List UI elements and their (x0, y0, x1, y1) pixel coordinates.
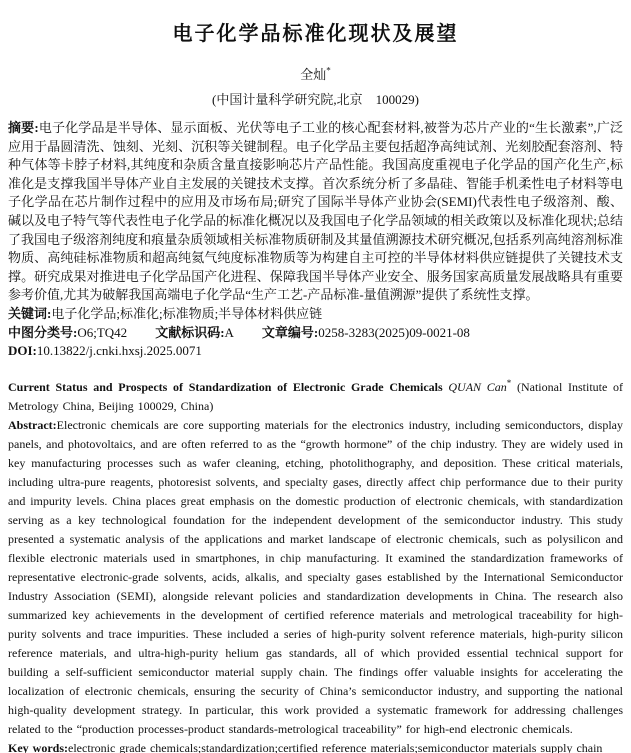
abstract-text-cn: 电子化学品是半导体、显示面板、光伏等电子工业的核心配套材料,被誉为芯片产业的“生… (8, 120, 623, 302)
doi-label: DOI: (8, 343, 37, 358)
affiliation-cn: (中国计量科学研究院,北京 100029) (8, 91, 623, 109)
article-no-label: 文章编号: (262, 325, 318, 340)
keywords-line-cn: 关键词:电子化学品;标准化;标准物质;半导体材料供应链 (8, 305, 623, 324)
author-name-en: QUAN Can (448, 380, 506, 394)
classification-line: 中图分类号:O6;TQ42文献标识码:A文章编号:0258-3283(2025)… (8, 324, 623, 343)
clc-label: 中图分类号: (8, 325, 77, 340)
abstract-label-en: Abstract: (8, 418, 57, 432)
keywords-text-cn: 电子化学品;标准化;标准物质;半导体材料供应链 (51, 306, 322, 321)
paper-page: 电子化学品标准化现状及展望 全灿* (中国计量科学研究院,北京 100029) … (0, 0, 631, 753)
keywords-label-cn: 关键词: (8, 306, 51, 321)
doi-value: 10.13822/j.cnki.hxsj.2025.0071 (37, 343, 202, 358)
abstract-text-en: Electronic chemicals are core supporting… (8, 418, 623, 736)
author-name-cn: 全灿 (300, 67, 326, 82)
abstract-cn: 摘要:电子化学品是半导体、显示面板、光伏等电子工业的核心配套材料,被誉为芯片产业… (8, 119, 623, 305)
paper-title-cn: 电子化学品标准化现状及展望 (8, 20, 623, 48)
author-line-cn: 全灿* (8, 66, 623, 84)
english-section: Current Status and Prospects of Standard… (8, 378, 623, 753)
paper-screenshot: { "header": { "title_cn": "电子化学品标准化现状及展望… (0, 0, 631, 753)
doc-code-label: 文献标识码: (155, 325, 224, 340)
keywords-text-en: electronic grade chemicals;standardizati… (68, 741, 602, 753)
doc-code-value: A (225, 325, 234, 340)
clc-value: O6;TQ42 (77, 325, 127, 340)
article-no-value: 0258-3283(2025)09-0021-08 (318, 325, 470, 340)
abstract-en: Abstract:Electronic chemicals are core s… (8, 416, 623, 739)
doi-line: DOI:10.13822/j.cnki.hxsj.2025.0071 (8, 342, 623, 361)
title-block-en: Current Status and Prospects of Standard… (8, 378, 623, 416)
author-footnote-marker-en: * (507, 378, 512, 388)
keywords-label-en: Key words: (8, 741, 68, 753)
author-footnote-marker: * (326, 66, 331, 76)
abstract-label-cn: 摘要: (8, 120, 39, 135)
paper-title-en: Current Status and Prospects of Standard… (8, 380, 443, 394)
keywords-line-en: Key words:electronic grade chemicals;sta… (8, 739, 623, 753)
